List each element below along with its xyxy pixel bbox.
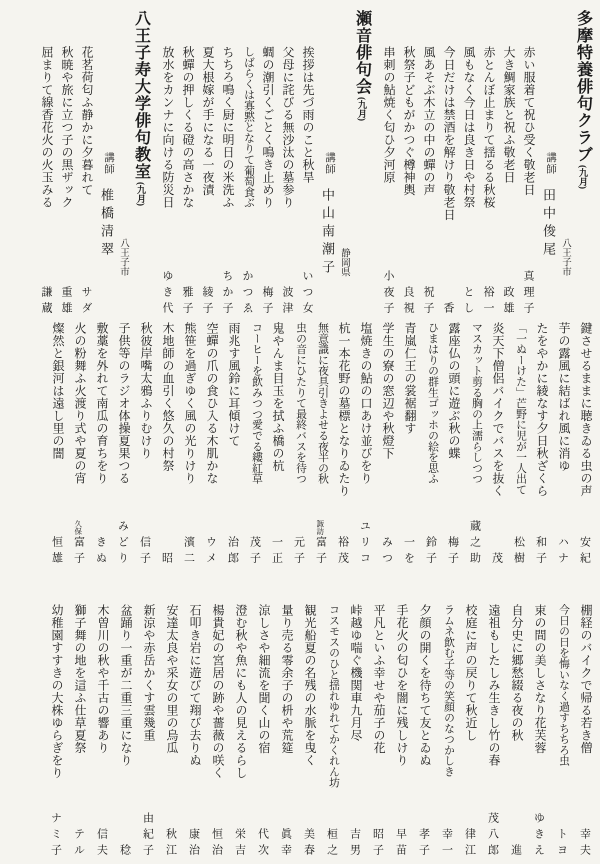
poem-author: 香	[440, 302, 455, 318]
poem-column: 火の粉舞ふ火渡り式や夏の宵久保富子	[70, 322, 86, 568]
poem-text: 秋蟬の押しくる磴の高さかな	[179, 46, 194, 209]
poem-column: 新涼や赤岳かくす雲幾重由紀子	[139, 604, 155, 860]
poem-author: 茂子	[246, 536, 262, 568]
poem-author-name: ゆき代	[161, 270, 172, 318]
poem-column: 燦然と銀河は遠し里の闇恒雄	[48, 322, 64, 568]
poem-author: 秋江	[162, 828, 178, 860]
poem-author: 進	[507, 844, 523, 860]
poem-author: 代次	[254, 828, 270, 860]
teacher-label: 講師	[98, 152, 113, 175]
poem-text: 観光船夏の名残の水脈を曳く	[300, 604, 316, 767]
section-title: 多摩特養俳句クラブ	[575, 10, 591, 163]
poem-text: ラムネ飲む子等の笑顔のなつかしき	[438, 604, 454, 777]
poem-author: 早苗	[392, 828, 408, 860]
poem-author: 稔	[116, 844, 132, 860]
poem-author: 治郎	[224, 536, 240, 568]
poem-author: 久保富子	[70, 520, 86, 568]
poem-author-surname: 久保	[74, 520, 82, 535]
poem-text: 放水をカンナに向ける防災日	[159, 46, 174, 209]
poem-text: 「一ぬーけた」芒野に児が一人出て	[510, 322, 526, 495]
poem-text: マスカット剪る胸の上濡らしつつ	[466, 322, 482, 484]
poem-author-name: 和子	[535, 536, 546, 568]
poem-author-name: 一正	[271, 536, 282, 568]
poem-author: テル	[70, 828, 86, 860]
section-group: 鍵させるままに聴きゐる虫の声安紀芋の露風に結ばれ風に消ゆハナたをやかに綾なす夕日…	[48, 322, 592, 594]
teacher-label: 講師	[319, 152, 334, 175]
poem-column: 赤とんぼ止まりて揺るる秋桜裕一	[480, 46, 495, 318]
section-month-label: (九月)	[136, 182, 145, 206]
poem-column: マスカット剪る胸の上濡らしつつ蔵之助	[466, 322, 482, 568]
poem-column: 杭一本花野の墓標となりゐたり裕茂	[334, 322, 350, 568]
poem-text: 串刺の鮎焼く匂ひ夕河原	[380, 46, 395, 184]
poem-author: 波津	[279, 286, 294, 318]
poem-author-name: トヨ	[556, 828, 567, 860]
poem-author: 由紀子	[139, 812, 155, 860]
poem-text: 杭一本花野の墓標となりゐたり	[334, 322, 350, 497]
poem-text: 赤とんぼ止まりて揺るる秋桜	[480, 46, 495, 209]
poem-author-name: 孝子	[418, 828, 429, 860]
poem-text: 涼しさや細流を聞く山の宿	[254, 604, 270, 754]
poem-author-name: ゆきえ	[533, 812, 544, 860]
band-bottom: 棚経のバイクで帰る若き僧幸夫今日の日を悔いなく過すちちろ虫トヨ束の間の美しさなり…	[12, 604, 592, 864]
poem-text: 棚経のバイクで帰る若き僧	[576, 604, 592, 754]
poem-column: 露座仏の頭に遊ぶ秋の蝶梅子	[444, 322, 460, 568]
poem-column: 屈まりて線香花火の火玉みる謙蔵	[38, 46, 53, 318]
poem-author-name: 昭子	[372, 828, 383, 860]
poem-text: 屈まりて線香花火の火玉みる	[38, 46, 53, 209]
poem-column: 無意識に夜具引きよせる夜半の秋諏訪富子	[312, 322, 328, 568]
poem-text: 火の粉舞ふ火渡り式や夏の宵	[70, 322, 86, 485]
poem-author-name: 蔵之助	[469, 520, 480, 568]
poem-author-name: 茂八郎	[487, 812, 498, 860]
band-top: 多摩特養俳句クラブ(九月)八王子市講師田中俊尾赤い服着て祝ひ受く敬老日真理子大き…	[12, 10, 592, 318]
poem-column: 秋彼岸嘴太鴉ふりむけり信子	[136, 322, 152, 568]
poem-column: 秋暁や旅に立つ子の黒ザック重雄	[58, 46, 73, 318]
poem-column: 雨兆す風鈴に耳傾けて治郎	[224, 322, 240, 568]
poem-author-name: 吉男	[349, 828, 360, 860]
poem-author-name: いつ女	[301, 270, 312, 318]
teacher-line: 講師椎橋清翠	[98, 10, 113, 318]
poem-author-name: 幸夫	[579, 828, 590, 860]
poem-column: 放水をカンナに向ける防災日ゆき代	[159, 46, 174, 318]
poem-column: 束の間の美しさなり花芙蓉ゆきえ	[530, 604, 546, 860]
poem-text: 峠越ゆ喘ぐ機関車九月尽	[346, 604, 362, 742]
poem-author: 梅子	[259, 286, 274, 318]
poem-text: 量り売る零余子の枡や荒筵	[277, 604, 293, 754]
poem-author-name: ハナ	[557, 536, 568, 568]
poem-author-name: 安紀	[579, 536, 590, 568]
poem-text: ちちろ鳴く厨に明日の米洗ふ	[219, 46, 234, 209]
poem-text: 無意識に夜具引きよせる夜半の秋	[312, 322, 328, 484]
poem-author: 真理子	[520, 270, 535, 318]
poem-author-name: ウメ	[205, 536, 216, 568]
poem-column: 夕顔の開くを待ちて友とゐぬ孝子	[415, 604, 431, 860]
poem-author-name: 雅子	[181, 286, 192, 318]
poem-text: 今日だけは禁酒を解けり敬老日	[440, 46, 455, 221]
poem-author: 律江	[461, 828, 477, 860]
poem-author-name: 香	[442, 302, 453, 318]
poem-author: 梅子	[444, 536, 460, 568]
poem-author-name: 昭	[161, 552, 172, 568]
poem-column: 秋蟬の押しくる磴の高さかな雅子	[179, 46, 194, 318]
poem-author: 良視	[400, 286, 415, 318]
poem-column: 自分史に郷愁綴る夜の秋進	[507, 604, 523, 860]
poem-author-name: 富子	[315, 536, 326, 568]
poem-text: 露座仏の頭に遊ぶ秋の蝶	[444, 322, 460, 460]
poem-author-name: 濱二	[183, 536, 194, 568]
poem-author-name: 由紀子	[142, 812, 153, 860]
poem-author: 信夫	[93, 828, 109, 860]
poem-author: 安紀	[576, 536, 592, 568]
teacher-label: 講師	[540, 152, 555, 175]
poem-column: 塩焼きの鮎の口あけ並びをりユリコ	[356, 322, 372, 568]
poem-author-name: 重雄	[60, 286, 71, 318]
poem-text: 敷藁を外れて南瓜の育ちをり	[92, 322, 108, 485]
section-title: 八王子寿大学俳句教室	[133, 10, 149, 180]
poem-author-name: 稔	[119, 844, 130, 860]
poem-author-name: 茂子	[249, 536, 260, 568]
poem-author-name: みどり	[117, 520, 128, 568]
poem-author-name: 信子	[139, 536, 150, 568]
poem-author: 康治	[185, 828, 201, 860]
poem-column: 虫の音にひたりて最終バスを待つ元子	[290, 322, 306, 568]
poem-author-name: 裕茂	[337, 536, 348, 568]
poem-author: 茂	[488, 552, 504, 568]
poem-author: 信子	[136, 536, 152, 568]
poem-author: 雅子	[179, 286, 194, 318]
poem-author-name: きぬ	[95, 536, 106, 568]
poem-author-name: 美春	[303, 828, 314, 860]
poem-author: 和子	[532, 536, 548, 568]
poem-author-name: 梅子	[447, 536, 458, 568]
poem-author: 孝子	[415, 828, 431, 860]
poem-text: 父母に詫びる無沙汰の墓参り	[279, 46, 294, 209]
poem-author: 眞幸	[277, 828, 293, 860]
poem-column: 敷藁を外れて南瓜の育ちをりきぬ	[92, 322, 108, 568]
poem-author-name: 治郎	[227, 536, 238, 568]
poem-text: 夕顔の開くを待ちて友とゐぬ	[415, 604, 431, 767]
poem-column: 平凡といふ幸せや茄子の花昭子	[369, 604, 385, 860]
teacher-name: 中山南潮子	[319, 188, 334, 278]
poem-author-name: 元子	[293, 536, 304, 568]
section-place: 八王子市	[116, 10, 127, 318]
poem-text: 楊貴妃の宮居の跡や薔薇の咲く	[208, 604, 224, 779]
poem-author-name: ユリコ	[359, 520, 370, 568]
poem-column: 楊貴妃の宮居の跡や薔薇の咲く恒治	[208, 604, 224, 860]
poem-author-name: 恒雄	[51, 536, 62, 568]
poem-author-name: 康治	[188, 828, 199, 860]
poem-author-name: 信夫	[96, 828, 107, 860]
poem-column: 「一ぬーけた」芒野に児が一人出て松樹	[510, 322, 526, 568]
poem-author-name: 律江	[464, 828, 475, 860]
poem-text: 平凡といふ幸せや茄子の花	[369, 604, 385, 754]
poem-author: ウメ	[202, 536, 218, 568]
poem-author: 美春	[300, 828, 316, 860]
poem-text: 塩焼きの鮎の口あけ並びをり	[356, 322, 372, 485]
poem-text: 青嵐仁王の裳裾翻す	[400, 322, 416, 435]
poem-text: 虫の音にひたりて最終バスを待つ	[290, 322, 306, 484]
poem-text: 夏大根嫁が手になる一夜漬	[199, 46, 214, 196]
poem-text: 今日の日を悔いなく過すちちろ虫	[553, 604, 569, 766]
poem-column: 串刺の鮎焼く匂ひ夕河原小夜子	[380, 46, 395, 318]
teacher-name: 田中俊尾	[540, 188, 555, 260]
poem-text: ひまはりの群生ゴッホの絵を思ふ	[422, 322, 438, 484]
poem-text: 新涼や赤岳かくす雲幾重	[139, 604, 155, 742]
poem-column: 秋祭子どもがかつぐ樽神輿良視	[400, 46, 415, 318]
poem-text: 木曽川の秋や千古の響あり	[93, 604, 109, 754]
poem-author-name: ナミ子	[50, 812, 61, 860]
poem-author-name: 裕一	[482, 286, 493, 318]
poem-text: 挨拶は先づ雨のこと秋旱	[299, 46, 314, 184]
poem-column: ちちろ鳴く厨に明日の米洗ふちか子	[219, 46, 234, 318]
poem-text: 盆踊り一重が二重三重になり	[116, 604, 132, 767]
poem-author-name: 幸一	[441, 828, 452, 860]
poem-author: 昭子	[369, 828, 385, 860]
poem-text: 鍵させるままに聴きゐる虫の声	[576, 322, 592, 497]
poem-author: 謙蔵	[38, 286, 53, 318]
poem-column: 涼しさや細流を聞く山の宿代次	[254, 604, 270, 860]
poem-column: 幼稚園すすきの大株ゆらぎをりナミ子	[47, 604, 63, 860]
poem-column: 花茗荷匂ふ静かに夕暮れてサダ	[78, 46, 93, 318]
poem-column: 学生の寮の窓辺や秋燈下みつ	[378, 322, 394, 568]
poem-column: 棚経のバイクで帰る若き僧幸夫	[576, 604, 592, 860]
poem-author-name: 良視	[402, 286, 413, 318]
poem-author: 茂八郎	[484, 812, 500, 860]
poem-author-name: 富子	[73, 536, 84, 568]
poem-column: 峠越ゆ喘ぐ機関車九月尽吉男	[346, 604, 362, 860]
poem-text: 学生の寮の窓辺や秋燈下	[378, 322, 394, 460]
poem-author-name: 祝子	[422, 286, 433, 318]
section-group: 棚経のバイクで帰る若き僧幸夫今日の日を悔いなく過すちちろ虫トヨ束の間の美しさなり…	[47, 604, 592, 864]
poem-author: きぬ	[92, 536, 108, 568]
poem-author-name: 秋江	[165, 828, 176, 860]
poem-text: 澄む秋や魚にも人の見えるらし	[231, 604, 247, 779]
poem-author: 吉男	[346, 828, 362, 860]
poem-author: サダ	[78, 286, 93, 318]
poem-text: 木地師の血引く悠久の村祭	[158, 322, 174, 472]
teacher-name: 椎橋清翠	[98, 188, 113, 260]
poem-column: コスモスのひと揺れゆれてかくれん坊桓之	[323, 604, 339, 860]
poem-column: 澄む秋や魚にも人の見えるらし栄吉	[231, 604, 247, 860]
poem-author: 一正	[268, 536, 284, 568]
poem-author: ちか子	[219, 270, 234, 318]
poem-author-name: 桓之	[326, 828, 337, 860]
poem-text: 芋の露風に結ばれ風に消ゆ	[554, 322, 570, 472]
poem-text: 燦然と銀河は遠し里の闇	[48, 322, 64, 460]
poem-author-name: 代次	[257, 828, 268, 860]
poem-text: 秋暁や旅に立つ子の黒ザック	[58, 46, 73, 209]
place-label: 八王子市	[558, 238, 569, 276]
poem-text: 雨兆す風鈴に耳傾けて	[224, 322, 240, 447]
poem-author: 諏訪富子	[312, 520, 328, 568]
poem-column: 炎天下僧侶バイクでバスを抜く茂	[488, 322, 504, 568]
poem-author: 重雄	[58, 286, 73, 318]
poem-author-name: かつゑ	[241, 270, 252, 318]
poem-author-name: 一を	[403, 536, 414, 568]
poem-column: 校庭に声の戻りて秋近し律江	[461, 604, 477, 860]
poem-text: 蜩の潮引くごとく鳴き止めり	[259, 46, 274, 209]
poem-text: 石叩き岩に遊びて翔び去りぬ	[185, 604, 201, 767]
teacher-line: 講師中山南潮子	[319, 10, 334, 318]
poem-author-name: 恒治	[211, 828, 222, 860]
poem-author-name: 鈴子	[425, 536, 436, 568]
poem-text: 炎天下僧侶バイクでバスを抜く	[488, 322, 504, 497]
poem-column: 量り売る零余子の枡や荒筵眞幸	[277, 604, 293, 860]
poem-column: 今日だけは禁酒を解けり敬老日香	[440, 46, 455, 318]
poem-text: 手花火の匂ひを闇に残しけり	[392, 604, 408, 767]
poem-author-name: 松樹	[513, 536, 524, 568]
poem-column: 風もなく今日は良き日や村祭とし	[460, 46, 475, 318]
section-group: 八王子寿大学俳句教室(九月)八王子市講師椎橋清翠花茗荷匂ふ静かに夕暮れてサダ秋暁…	[38, 10, 150, 318]
poem-column: 大き鯛家族と祝ふ敬老日政雄	[500, 46, 515, 318]
poem-author: 桓之	[323, 828, 339, 860]
poem-text: 秋彼岸嘴太鴉ふりむけり	[136, 322, 152, 460]
poem-author: いつ女	[299, 270, 314, 318]
section-group: 多摩特養俳句クラブ(九月)八王子市講師田中俊尾赤い服着て祝ひ受く敬老日真理子大き…	[380, 10, 592, 318]
section-title: 瀬音俳句会	[354, 10, 370, 95]
poem-author: 蔵之助	[466, 520, 482, 568]
poem-author: とし	[460, 286, 475, 318]
poem-column: 木曽川の秋や千古の響あり信夫	[93, 604, 109, 860]
poem-author: 祝子	[420, 286, 435, 318]
poem-column: 芋の露風に結ばれ風に消ゆハナ	[554, 322, 570, 568]
poem-author: 幸夫	[576, 828, 592, 860]
poem-author-name: 謙蔵	[40, 286, 51, 318]
poem-column: 父母に詫びる無沙汰の墓参り波津	[279, 46, 294, 318]
poem-column: 今日の日を悔いなく過すちちろ虫トヨ	[553, 604, 569, 860]
poem-author: ユリコ	[356, 520, 372, 568]
poem-author-name: 綾子	[201, 286, 212, 318]
poem-text: 校庭に声の戻りて秋近し	[461, 604, 477, 742]
section-header: 瀬音俳句会(九月)	[352, 10, 371, 318]
poem-author-name: 早苗	[395, 828, 406, 860]
poem-text: たをやかに綾なす夕日秋ざくら	[532, 322, 548, 497]
poem-author: 恒治	[208, 828, 224, 860]
poem-text: 大き鯛家族と祝ふ敬老日	[500, 46, 515, 184]
poem-column: 子供等のラジオ体操夏果つるみどり	[114, 322, 130, 568]
poem-text: 赤い服着て祝ひ受く敬老日	[520, 46, 535, 196]
poem-author: かつゑ	[239, 270, 254, 318]
place-label: 八王子市	[116, 238, 127, 276]
section-place: 静岡県	[337, 10, 348, 318]
poem-text: 遠祖もしたしみ生きし竹の春	[484, 604, 500, 767]
poem-column: 鬼やんま目玉を拭ふ橋の杭一正	[268, 322, 284, 568]
poem-author-name: みつ	[381, 536, 392, 568]
poem-author-name: 進	[510, 844, 521, 860]
poem-text: 風もなく今日は良き日や村祭	[460, 46, 475, 209]
poem-author-name: 栄吉	[234, 828, 245, 860]
poem-author-name: 波津	[281, 286, 292, 318]
poem-author: 政雄	[500, 286, 515, 318]
poem-author: 一を	[400, 536, 416, 568]
poem-column: 夏大根嫁が手になる一夜漬綾子	[199, 46, 214, 318]
poem-author: みどり	[114, 520, 130, 568]
poem-text: 幼稚園すすきの大株ゆらぎをり	[47, 604, 63, 779]
poem-column: 赤い服着て祝ひ受く敬老日真理子	[520, 46, 535, 318]
poem-author: 昭	[158, 552, 174, 568]
poem-column: 安達太良や采女の里の烏瓜秋江	[162, 604, 178, 860]
poem-column: 観光船夏の名残の水脈を曳く美春	[300, 604, 316, 860]
poem-column: 木地師の血引く悠久の村祭昭	[158, 322, 174, 568]
poem-author: 栄吉	[231, 828, 247, 860]
section-month-label: (九月)	[357, 97, 366, 121]
poem-text: コーヒーを飲みつつ愛でる縷紅草	[246, 322, 262, 484]
poem-column: ひまはりの群生ゴッホの絵を思ふ鈴子	[422, 322, 438, 568]
poem-text: 秋祭子どもがかつぐ樽神輿	[400, 46, 415, 196]
poem-column: 鍵させるままに聴きゐる虫の声安紀	[576, 322, 592, 568]
poem-column: 石叩き岩に遊びて翔び去りぬ康治	[185, 604, 201, 860]
poem-author: 裕一	[480, 286, 495, 318]
poem-author: 濱二	[180, 536, 196, 568]
section-header: 八王子寿大学俳句教室(九月)	[131, 10, 150, 318]
poem-author: トヨ	[553, 828, 569, 860]
poem-author: 鈴子	[422, 536, 438, 568]
poem-column: 蜩の潮引くごとく鳴き止めり梅子	[259, 46, 274, 318]
section-place: 八王子市	[558, 10, 569, 318]
poem-author: 恒雄	[48, 536, 64, 568]
poem-text: 子供等のラジオ体操夏果つる	[114, 322, 130, 485]
poem-text: しばらくは寡黙となりて葡萄食ぶ	[239, 46, 254, 208]
poem-author-surname: 諏訪	[316, 520, 324, 535]
poem-column: ラムネ飲む子等の笑顔のなつかしき幸一	[438, 604, 454, 860]
poem-author-name: テル	[73, 828, 84, 860]
poem-text: 自分史に郷愁綴る夜の秋	[507, 604, 523, 742]
poem-author-name: 梅子	[261, 286, 272, 318]
poem-text: 花茗荷匂ふ静かに夕暮れて	[78, 46, 93, 196]
poem-text: 熊笹を過ぎゆく風の光りけり	[180, 322, 196, 485]
poem-text: 鬼やんま目玉を拭ふ橋の杭	[268, 322, 284, 472]
section-group: 瀬音俳句会(九月)静岡県講師中山南潮子挨拶は先づ雨のこと秋旱いつ女父母に詫びる無…	[159, 10, 371, 318]
poem-author-name: とし	[462, 286, 473, 318]
poem-author: 裕茂	[334, 536, 350, 568]
poem-text: 空蟬の爪の食ひ入る木肌かな	[202, 322, 218, 485]
poem-text: 風あそぶ木立の中の蟬の声	[420, 46, 435, 196]
poem-author: ゆきえ	[530, 812, 546, 860]
section-month-label: (九月)	[578, 165, 587, 189]
poem-text: コスモスのひと揺れゆれてかくれん坊	[323, 604, 339, 788]
poem-column: 風あそぶ木立の中の蟬の声祝子	[420, 46, 435, 318]
poem-author: ハナ	[554, 536, 570, 568]
poem-author-name: 政雄	[502, 286, 513, 318]
poem-text: 束の間の美しさなり花芙蓉	[530, 604, 546, 754]
teacher-line: 講師田中俊尾	[540, 10, 555, 318]
poem-author-name: 茂	[491, 552, 502, 568]
poem-author-name: 眞幸	[280, 828, 291, 860]
place-label: 静岡県	[337, 248, 348, 277]
poem-author-name: 小夜子	[382, 270, 393, 318]
poem-author: 小夜子	[380, 270, 395, 318]
poem-author: 松樹	[510, 536, 526, 568]
poem-author-name: サダ	[80, 286, 91, 318]
poem-author-name: 真理子	[522, 270, 533, 318]
poem-author-name: ちか子	[221, 270, 232, 318]
poem-author: 幸一	[438, 828, 454, 860]
poem-column: 盆踊り一重が二重三重になり稔	[116, 604, 132, 860]
poem-column: 青嵐仁王の裳裾翻す一を	[400, 322, 416, 568]
poem-author: 綾子	[199, 286, 214, 318]
poem-column: 手花火の匂ひを闇に残しけり早苗	[392, 604, 408, 860]
poem-column: 挨拶は先づ雨のこと秋旱いつ女	[299, 46, 314, 318]
haiku-page: 多摩特養俳句クラブ(九月)八王子市講師田中俊尾赤い服着て祝ひ受く敬老日真理子大き…	[0, 0, 600, 864]
poem-author: みつ	[378, 536, 394, 568]
poem-column: 遠祖もしたしみ生きし竹の春茂八郎	[484, 604, 500, 860]
poem-text: 獅子舞の地を這ふ仕草夏祭	[70, 604, 86, 754]
poem-text: 安達太良や采女の里の烏瓜	[162, 604, 178, 754]
band-middle: 鍵させるままに聴きゐる虫の声安紀芋の露風に結ばれ風に消ゆハナたをやかに綾なす夕日…	[12, 322, 592, 594]
poem-column: 熊笹を過ぎゆく風の光りけり濱二	[180, 322, 196, 568]
section-header: 多摩特養俳句クラブ(九月)	[573, 10, 592, 318]
poem-author: 元子	[290, 536, 306, 568]
